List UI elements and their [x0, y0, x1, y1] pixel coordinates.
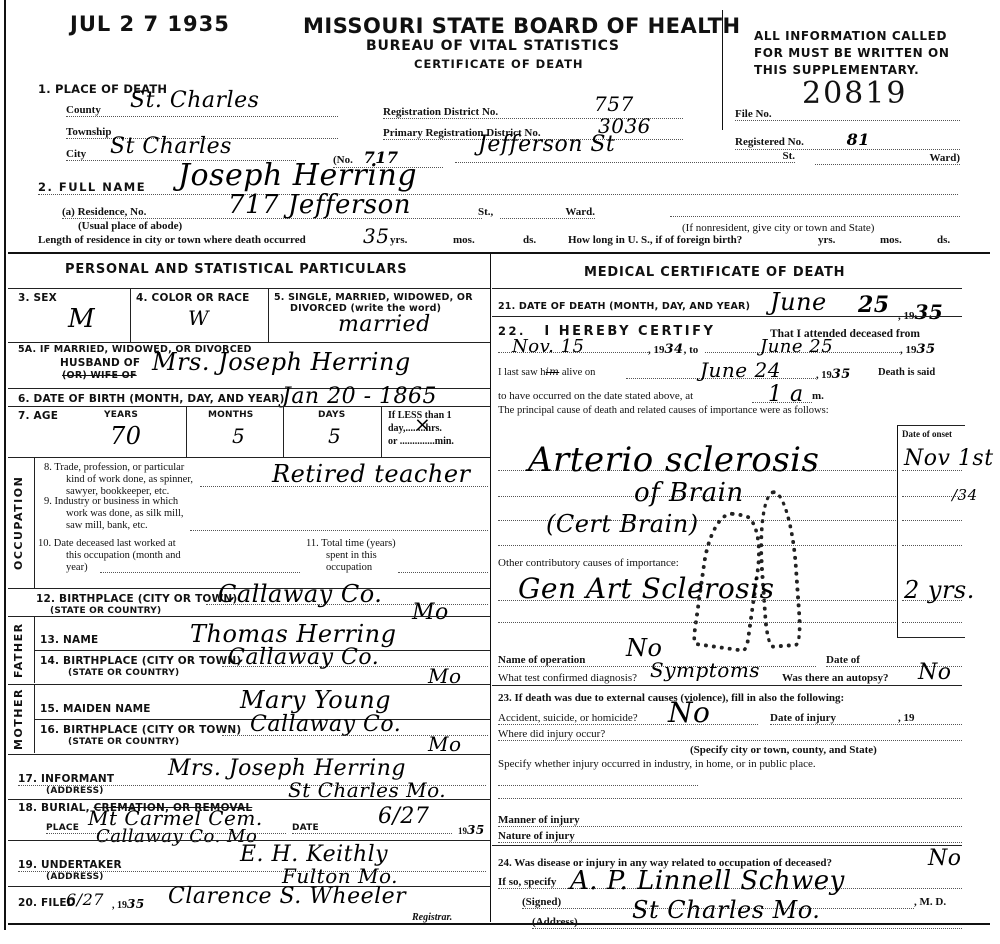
last-saw-line: I last saw him alive on [498, 367, 595, 378]
physician-address-label: (Address) [532, 916, 578, 928]
days-label: DAYS [318, 410, 345, 420]
age-days-value[interactable]: 5 [328, 424, 341, 448]
col-rule [268, 289, 269, 342]
onset-value-1[interactable]: Nov 1st [904, 446, 994, 471]
last-saw-date: June 24 [700, 358, 781, 382]
undertaker-sublabel: (ADDRESS) [46, 872, 104, 882]
occupation-rule [34, 458, 35, 588]
spouse-label-3: (OR) WIFE OF [62, 370, 137, 381]
registered-number-label: Registered No. [735, 136, 804, 148]
birthplace-city-value: Callaway Co. [218, 580, 382, 608]
filed-date-value[interactable]: 6/27 [66, 890, 104, 909]
father-birthplace-sublabel: (STATE OR COUNTRY) [68, 668, 179, 678]
residence-sublabel: (Usual place of abode) [78, 220, 182, 232]
registrar-signature: Clarence S. Wheeler [168, 884, 406, 909]
industry-label: 9. Industry or business in which work wa… [44, 496, 184, 532]
trade-value: Retired teacher [272, 460, 471, 488]
county-value: St. Charles [130, 88, 259, 113]
notice-line-2: FOR MUST BE WRITTEN ON [754, 45, 949, 62]
filed-year-value: 35 [127, 897, 145, 911]
attended-to-value: June 25 [760, 336, 833, 357]
specify-injury-field[interactable] [498, 785, 698, 786]
registration-district-label: Registration District No. [383, 106, 498, 118]
row-rule [8, 840, 490, 841]
nature-of-injury-label: Nature of injury [498, 830, 575, 842]
to-year-value: 35 [917, 342, 936, 357]
burial-year-value: 35 [467, 823, 485, 837]
informant-sublabel: (ADDRESS) [46, 786, 104, 796]
file-number-field[interactable]: File No. [735, 108, 960, 121]
birthplace-state-value[interactable]: Mo [412, 600, 449, 625]
cause-value-2: of Brain [634, 478, 744, 508]
father-name-label: 13. NAME [40, 634, 98, 646]
industry-field[interactable] [190, 530, 488, 531]
date-of-death-label: 21. DATE OF DEATH (MONTH, DAY, AND YEAR) [498, 301, 750, 312]
col-rule [186, 407, 187, 457]
file-number-value: 20819 [802, 76, 907, 111]
row-rule [8, 684, 490, 685]
dod-year-value: 35 [915, 300, 944, 324]
full-name-label: 2. FULL NAME [38, 180, 146, 194]
onset-dots [902, 520, 962, 521]
burial-place-value-2: Callaway Co. Mo [96, 826, 257, 847]
filed-year-prefix: , 19 [112, 900, 127, 911]
md-label: , M. D. [914, 896, 946, 908]
autopsy-value[interactable]: No [918, 660, 952, 685]
contributory-value: Gen Art Sclerosis [518, 572, 774, 605]
foreign-yrs-label: yrs. [818, 234, 835, 246]
principal-cause-text: The principal cause of death and related… [498, 405, 829, 416]
onset-dots [902, 545, 962, 546]
industry-label-2: work was done, as silk mill, [44, 508, 184, 520]
row-rule [8, 616, 490, 617]
years-label: YEARS [104, 410, 138, 420]
where-injury-field[interactable]: Where did injury occur? [498, 728, 962, 741]
row-rule [492, 685, 962, 686]
last-worked-label-2: this occupation (month and [38, 550, 181, 562]
accident-label: Accident, suicide, or homicide? [498, 712, 638, 724]
industry-label-1: 9. Industry or business in which [44, 496, 184, 508]
alive-on-label: alive on [562, 367, 596, 378]
last-saw-year-prefix: , 19 [816, 370, 832, 381]
last-saw-year[interactable]: , 1935 [816, 367, 851, 382]
nonresident-field[interactable] [670, 216, 960, 217]
from-year-prefix: , 19 [648, 344, 665, 356]
father-name-value[interactable]: Thomas Herring [190, 620, 397, 648]
registration-district-value: 757 [594, 92, 634, 116]
operation-date-label: Date of [826, 654, 860, 666]
col-rule [130, 289, 131, 342]
burial-date-value: 6/27 [378, 804, 429, 829]
industry-label-3: saw mill, bank, etc. [44, 520, 184, 532]
received-date-stamp: JUL 2 7 1935 [70, 12, 230, 36]
father-birthplace-label: 14. BIRTHPLACE (CITY OR TOWN) [40, 655, 241, 667]
left-border [4, 0, 6, 930]
last-worked-label-1: 10. Date deceased last worked at [38, 538, 181, 550]
row-rule [8, 799, 490, 800]
manner-of-injury-label: Manner of injury [498, 814, 580, 826]
registered-number-value: 81 [847, 130, 870, 149]
manner-of-injury-field[interactable]: Manner of injury [498, 814, 962, 827]
race-label: 4. COLOR OR RACE [136, 292, 250, 304]
birthplace-sublabel: (STATE OR COUNTRY) [50, 606, 161, 616]
length-yrs-label: yrs. [390, 234, 407, 246]
from-year-value: 34 [665, 342, 684, 357]
spouse-value[interactable]: Mrs. Joseph Herring [152, 348, 411, 376]
scribble-mark [755, 489, 804, 649]
date-of-death-month[interactable]: June [770, 288, 827, 316]
nonresident-note: (If nonresident, give city or town and S… [682, 222, 874, 234]
mother-side-label: MOTHER [12, 688, 25, 750]
if-so-label: If so, specify [498, 876, 556, 888]
street-st-label: St. [782, 150, 795, 162]
length-ds-label: ds. [523, 234, 536, 246]
marital-value[interactable]: married [338, 312, 431, 337]
total-time-label-3: occupation [306, 562, 396, 574]
residence-ward-field[interactable]: Ward. [500, 206, 595, 219]
physician-signature: A. P. Linnell Schwey [570, 866, 845, 896]
onset-box-bottom [897, 637, 965, 638]
trade-label-2: kind of work done, as spinner, [44, 474, 193, 486]
marital-label-1: 5. SINGLE, MARRIED, WIDOWED, OR [274, 292, 473, 303]
to-year-prefix: , 19 [900, 344, 917, 356]
date-of-death-day[interactable]: 25 [858, 292, 890, 318]
onset-dots [902, 622, 962, 623]
row-rule [8, 406, 490, 407]
test-confirmed-value[interactable]: Symptoms [650, 658, 760, 682]
street-field[interactable]: St. [455, 150, 795, 163]
col-rule [381, 407, 382, 457]
row-rule [8, 754, 490, 755]
length-of-residence-years: 35 [363, 224, 389, 248]
attended-from-year[interactable]: , 1934, to [648, 342, 698, 357]
spouse-label-2: HUSBAND OF [60, 357, 140, 369]
supplementary-notice: ALL INFORMATION CALLED FOR MUST BE WRITT… [754, 28, 949, 79]
mother-birthplace-city: Callaway Co. [250, 712, 401, 737]
total-time-field[interactable] [398, 572, 488, 573]
full-name-value: Joseph Herring [178, 158, 417, 193]
form-title: MISSOURI STATE BOARD OF HEALTH [303, 14, 741, 38]
column-divider [490, 254, 491, 922]
last-saw-label: I last saw h [498, 367, 546, 378]
notice-line-1: ALL INFORMATION CALLED [754, 28, 949, 45]
autopsy-label: Was there an autopsy? [782, 672, 888, 684]
age-months-value[interactable]: 5 [232, 424, 245, 448]
total-time-label: 11. Total time (years) spent in this occ… [306, 538, 396, 574]
total-time-label-2: spent in this [306, 550, 396, 562]
attended-to-year[interactable]: , 1935 [900, 342, 936, 357]
father-side-label: FATHER [12, 622, 25, 678]
race-value[interactable]: W [188, 306, 209, 330]
less-label-3: or ..............min. [388, 435, 454, 448]
cause-line-4-field[interactable] [498, 545, 896, 546]
last-saw-pronoun[interactable]: im [546, 367, 560, 378]
township-label: Township [66, 126, 111, 138]
bureau-title: BUREAU OF VITAL STATISTICS [366, 38, 620, 54]
death-said-label: Death is said [878, 367, 935, 378]
physician-address-value: St Charles Mo. [632, 896, 820, 924]
dob-label: 6. DATE OF BIRTH (MONTH, DAY, AND YEAR) [18, 393, 285, 405]
signed-label: (Signed) [522, 896, 561, 908]
mother-birthplace-sublabel: (STATE OR COUNTRY) [68, 737, 179, 747]
trade-label-1: 8. Trade, profession, or particular [44, 462, 193, 474]
certificate-title: CERTIFICATE OF DEATH [414, 57, 584, 71]
mother-birthplace-label: 16. BIRTHPLACE (CITY OR TOWN) [40, 724, 241, 736]
row-rule [8, 457, 490, 458]
time-m-label: m. [812, 390, 824, 402]
burial-year-prefix: 19 [458, 826, 467, 836]
test-confirmed-label: What test confirmed diagnosis? [498, 672, 637, 684]
father-birthplace-city: Callaway Co. [228, 645, 379, 670]
onset-label: Date of onset [902, 429, 952, 439]
date-of-death-year[interactable]: , 1935 [898, 300, 943, 324]
length-of-residence-label: Length of residence in city or town wher… [38, 234, 306, 246]
row-rule [492, 316, 962, 317]
foreign-mos-label: mos. [880, 234, 902, 246]
last-saw-year-value: 35 [832, 367, 851, 382]
accident-field[interactable]: Accident, suicide, or homicide? [498, 712, 758, 725]
burial-place-label: PLACE [46, 823, 79, 833]
sex-value[interactable]: M [68, 304, 95, 334]
residence-value: 717 Jefferson [228, 190, 411, 220]
attended-from-value: Nov. 15 [512, 336, 584, 357]
burial-label-text: 18. BURIAL, [18, 802, 90, 814]
less-than-day-mark[interactable]: × [414, 412, 431, 436]
total-time-label-1: 11. Total time (years) [306, 538, 396, 550]
ward-label: Ward) [929, 152, 960, 164]
to-label: , to [684, 344, 699, 356]
onset-value-2: /34 [952, 486, 978, 504]
accident-value: No [668, 696, 710, 729]
filed-year[interactable]: , 1935 [112, 897, 145, 911]
specify-injury-label: Specify whether injury occurred in indus… [498, 758, 816, 770]
last-worked-field[interactable] [100, 572, 300, 573]
registered-number-field[interactable]: Registered No. 81 [735, 130, 960, 150]
where-injury-label: Where did injury occur? [498, 728, 605, 740]
mother-birthplace-state[interactable]: Mo [428, 732, 462, 756]
occurred-text: to have occurred on the date stated abov… [498, 390, 693, 402]
col-rule [283, 407, 284, 457]
county-label: County [66, 104, 101, 116]
contributory-label: Other contributory causes of importance: [498, 557, 679, 569]
onset-box-left [897, 425, 898, 637]
burial-date-label: DATE [292, 823, 319, 833]
medical-heading: MEDICAL CERTIFICATE OF DEATH [584, 265, 845, 280]
where-note: (Specify city or town, county, and State… [690, 744, 877, 756]
cause-value-1: Arterio sclerosis [528, 440, 819, 480]
sex-label: 3. SEX [18, 292, 57, 304]
foreign-birth-label: How long in U. S., if of foreign birth? [568, 234, 742, 246]
mother-name-label: 15. MAIDEN NAME [40, 703, 151, 715]
specify-injury-field-2[interactable] [498, 798, 962, 799]
injury-date-field[interactable]: Date of injury, 19 [770, 712, 962, 725]
age-label: 7. AGE [18, 410, 58, 422]
burial-year[interactable]: 1935 [458, 823, 485, 837]
personal-heading: PERSONAL AND STATISTICAL PARTICULARS [65, 262, 407, 277]
contributory-field-2[interactable] [498, 622, 896, 623]
operation-label: Name of operation [498, 654, 585, 666]
injury-year-prefix: , 19 [898, 712, 915, 724]
trade-label: 8. Trade, profession, or particular kind… [44, 462, 193, 498]
row-rule [492, 288, 962, 289]
time-of-death-value: 1 a [768, 382, 804, 407]
foreign-ds-label: ds. [937, 234, 950, 246]
residence-ward-label: Ward. [565, 206, 595, 218]
injury-date-label: Date of injury [770, 712, 836, 724]
undertaker-label: 19. UNDERTAKER [18, 859, 122, 871]
residence-label: (a) Residence, No. [62, 206, 146, 218]
full-name-field[interactable]: 2. FULL NAME [38, 180, 958, 195]
occupation-related-value[interactable]: No [928, 846, 962, 871]
onset-box-top [897, 425, 965, 426]
file-number-label: File No. [735, 108, 772, 120]
contributory-onset-value[interactable]: 2 yrs. [904, 576, 975, 604]
mother-name-value[interactable]: Mary Young [240, 686, 391, 714]
cause-value-3: (Cert Brain) [546, 510, 699, 538]
age-years-value[interactable]: 70 [110, 422, 142, 450]
residence-st-label: St., [478, 206, 493, 218]
city-label: City [66, 148, 86, 160]
informant-label: 17. INFORMANT [18, 773, 114, 785]
row-rule [8, 288, 490, 289]
section-divider-top [8, 252, 990, 254]
city-value: St Charles [110, 134, 232, 159]
months-label: MONTHS [208, 410, 254, 420]
row-rule [8, 342, 490, 343]
registrar-label: Registrar. [412, 912, 452, 923]
nature-of-injury-field[interactable]: Nature of injury [498, 830, 962, 843]
ward-field[interactable]: Ward) [815, 152, 960, 165]
occupation-side-label: OCCUPATION [12, 468, 25, 578]
row-rule [492, 845, 962, 846]
length-mos-label: mos. [453, 234, 475, 246]
last-worked-label: 10. Date deceased last worked at this oc… [38, 538, 181, 574]
